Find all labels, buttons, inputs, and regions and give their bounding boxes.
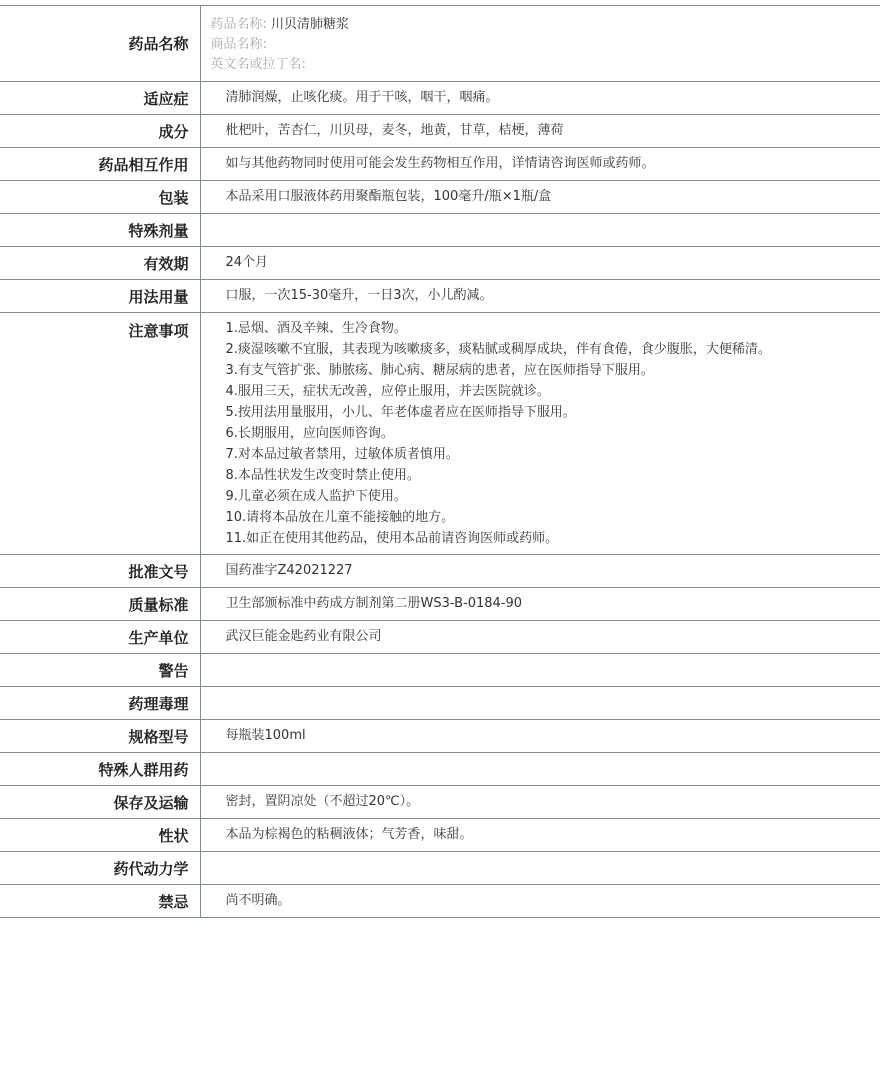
row-label: 特殊剂量 [0,214,200,247]
row-value: 本品为棕褐色的粘稠液体；气芳香，味甜。 [200,819,880,852]
english-name-key: 英文名或拉丁名: [211,57,306,72]
row-label: 质量标准 [0,588,200,621]
row-label: 保存及运输 [0,786,200,819]
row-value [200,214,880,247]
list-item: 9.儿童必须在成人监护下使用。 [226,486,786,507]
row-value [200,654,880,687]
table-row-manufacturer: 生产单位武汉巨能金匙药业有限公司 [0,621,880,654]
list-item: 8.本品性状发生改变时禁止使用。 [226,465,786,486]
list-item: 3.有支气管扩张、肺脓疡、肺心病、糖尿病的患者，应在医师指导下服用。 [226,360,786,381]
list-item: 4.服用三天，症状无改善，应停止服用，并去医院就诊。 [226,381,786,402]
row-label: 药代动力学 [0,852,200,885]
table-row-special-populations: 特殊人群用药 [0,753,880,786]
row-label: 批准文号 [0,555,200,588]
generic-name-key: 药品名称: [211,17,267,32]
table-row-ingredients: 成分枇杷叶，苦杏仁，川贝母，麦冬，地黄，甘草，桔梗，薄荷 [0,115,880,148]
row-value: 武汉巨能金匙药业有限公司 [200,621,880,654]
row-value: 如与其他药物同时使用可能会发生药物相互作用，详情请咨询医师或药师。 [200,148,880,181]
drug-name-values: 药品名称: 川贝清肺糖浆 商品名称: 英文名或拉丁名: [200,6,880,82]
trade-name-key: 商品名称: [211,37,267,52]
table-row-dosage: 用法用量口服，一次15-30毫升，一日3次，小儿酌减。 [0,280,880,313]
row-label: 特殊人群用药 [0,753,200,786]
table-row-contraindications: 禁忌尚不明确。 [0,885,880,918]
list-item: 7.对本品过敏者禁用，过敏体质者慎用。 [226,444,786,465]
list-item: 2.痰湿咳嗽不宜服，其表现为咳嗽痰多，痰粘腻或稠厚成块，伴有食倦，食少腹胀，大便… [226,339,786,360]
row-label: 性状 [0,819,200,852]
generic-name-value: 川贝清肺糖浆 [271,17,349,32]
row-value: 本品采用口服液体药用聚酯瓶包装，100毫升/瓶×1瓶/盒 [200,181,880,214]
generic-name-line: 药品名称: 川贝清肺糖浆 [211,15,880,35]
row-label: 包装 [0,181,200,214]
row-label: 注意事项 [0,313,200,555]
row-label: 禁忌 [0,885,200,918]
table-row-interactions: 药品相互作用如与其他药物同时使用可能会发生药物相互作用，详情请咨询医师或药师。 [0,148,880,181]
list-item: 5.按用法用量服用，小儿、年老体虚者应在医师指导下服用。 [226,402,786,423]
row-value [200,852,880,885]
table-row-storage: 保存及运输密封，置阴凉处（不超过20℃）。 [0,786,880,819]
row-value [200,753,880,786]
row-label: 有效期 [0,247,200,280]
table-row-packaging: 包装本品采用口服液体药用聚酯瓶包装，100毫升/瓶×1瓶/盒 [0,181,880,214]
table-row-drug-name: 药品名称 药品名称: 川贝清肺糖浆 商品名称: 英文名或拉丁名: [0,6,880,82]
table-row-specification: 规格型号每瓶装100ml [0,720,880,753]
table-row-indications: 适应症清肺润燥，止咳化痰。用于干咳，咽干，咽痛。 [0,82,880,115]
row-value: 清肺润燥，止咳化痰。用于干咳，咽干，咽痛。 [200,82,880,115]
row-value: 24个月 [200,247,880,280]
table-row-warning: 警告 [0,654,880,687]
row-label: 药品相互作用 [0,148,200,181]
list-item: 1.忌烟、酒及辛辣、生冷食物。 [226,318,786,339]
table-row-precautions: 注意事项 1.忌烟、酒及辛辣、生冷食物。 2.痰湿咳嗽不宜服，其表现为咳嗽痰多，… [0,313,880,555]
row-value: 尚不明确。 [200,885,880,918]
row-value: 卫生部颁标准中药成方制剂第二册WS3-B-0184-90 [200,588,880,621]
table-row-description: 性状本品为棕褐色的粘稠液体；气芳香，味甜。 [0,819,880,852]
table-row-shelf-life: 有效期24个月 [0,247,880,280]
list-item: 10.请将本品放在儿童不能接触的地方。 [226,507,786,528]
row-value: 枇杷叶，苦杏仁，川贝母，麦冬，地黄，甘草，桔梗，薄荷 [200,115,880,148]
row-label: 适应症 [0,82,200,115]
table-row-approval-number: 批准文号国药准字Z42021227 [0,555,880,588]
precautions-list: 1.忌烟、酒及辛辣、生冷食物。 2.痰湿咳嗽不宜服，其表现为咳嗽痰多，痰粘腻或稠… [200,313,880,555]
row-label: 规格型号 [0,720,200,753]
drug-info-page: 药品名称 药品名称: 川贝清肺糖浆 商品名称: 英文名或拉丁名: 适应症清肺润燥… [0,0,880,918]
drug-info-table: 药品名称 药品名称: 川贝清肺糖浆 商品名称: 英文名或拉丁名: 适应症清肺润燥… [0,5,880,918]
row-value: 国药准字Z42021227 [200,555,880,588]
table-row-pharmacology: 药理毒理 [0,687,880,720]
row-value [200,687,880,720]
row-value: 每瓶装100ml [200,720,880,753]
row-label: 用法用量 [0,280,200,313]
row-value: 密封，置阴凉处（不超过20℃）。 [200,786,880,819]
table-row-quality-standard: 质量标准卫生部颁标准中药成方制剂第二册WS3-B-0184-90 [0,588,880,621]
row-label: 成分 [0,115,200,148]
row-label: 警告 [0,654,200,687]
row-label: 药品名称 [0,6,200,82]
list-item: 6.长期服用，应向医师咨询。 [226,423,786,444]
table-row-special-dosage: 特殊剂量 [0,214,880,247]
english-name-line: 英文名或拉丁名: [211,55,880,75]
trade-name-line: 商品名称: [211,35,880,55]
row-label: 生产单位 [0,621,200,654]
list-item: 11.如正在使用其他药品，使用本品前请咨询医师或药师。 [226,528,786,549]
row-label: 药理毒理 [0,687,200,720]
table-row-pharmacokinetics: 药代动力学 [0,852,880,885]
row-value: 口服，一次15-30毫升，一日3次，小儿酌减。 [200,280,880,313]
